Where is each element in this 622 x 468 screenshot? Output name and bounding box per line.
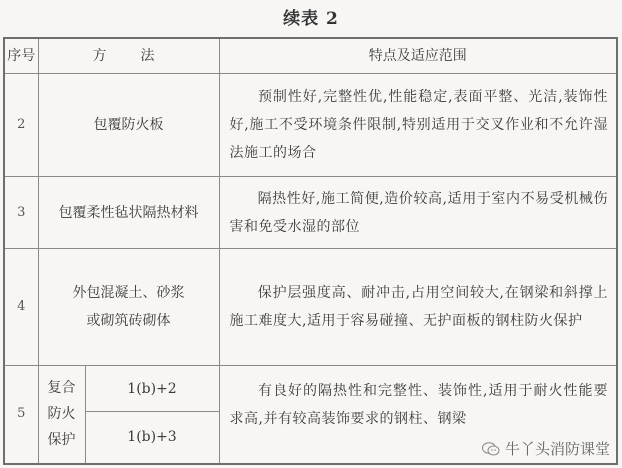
table-row: 4 外包混凝土、砂浆 或砌筑砖砌体 保护层强度高、耐冲击,占用空间较大,在钢梁和…: [4, 249, 617, 366]
sub-method-1: 1(b)+2: [85, 366, 219, 412]
row-method: 包覆柔性毡状隔热材料: [38, 177, 219, 249]
wechat-icon: [481, 441, 501, 457]
row-description-text: 预制性好,完整性优,性能稳定,表面平整、光洁,装饰性好,施工不受环境条件限制,特…: [230, 89, 609, 161]
table-row: 2 包覆防火板 预制性好,完整性优,性能稳定,表面平整、光洁,装饰性好,施工不受…: [4, 74, 617, 177]
table-row: 5 复合 防火 保护 1(b)+2 有良好的隔热性和完整性、装饰性,适用于耐火性…: [4, 366, 617, 412]
row-description-text: 有良好的隔热性和完整性、装饰性,适用于耐火性能要求高,并有较高装饰要求的钢柱、钢…: [230, 383, 609, 427]
row-description-text: 隔热性好,施工简便,造价较高,适用于室内不易受机械伤害和免受水湿的部位: [230, 191, 609, 235]
watermark-text: 牛丫头消防课堂: [505, 438, 610, 459]
group-line-3: 保护: [39, 427, 85, 453]
header-features-scope: 特点及适应范围: [219, 38, 617, 74]
header-method: 方 法: [38, 38, 219, 74]
row-number: 5: [4, 366, 38, 464]
row-method: 外包混凝土、砂浆 或砌筑砖砌体: [38, 249, 219, 366]
row-description: 隔热性好,施工简便,造价较高,适用于室内不易受机械伤害和免受水湿的部位: [219, 177, 617, 249]
table-header-row: 序号 方 法 特点及适应范围: [4, 38, 617, 74]
row-description: 保护层强度高、耐冲击,占用空间较大,在钢梁和斜撑上施工难度大,适用于容易碰撞、无…: [219, 249, 617, 366]
row-number: 4: [4, 249, 38, 366]
fire-protection-methods-table: 序号 方 法 特点及适应范围 2 包覆防火板 预制性好,完整性优,性能稳定,表面…: [3, 37, 618, 465]
table-title: 续表 2: [0, 4, 622, 29]
row-number: 3: [4, 177, 38, 249]
row-method-line-2: 或砌筑砖砌体: [39, 307, 219, 335]
group-line-2: 防火: [39, 401, 85, 427]
group-line-1: 复合: [39, 375, 85, 401]
row-method-line-1: 外包混凝土、砂浆: [39, 279, 219, 307]
row-description: 预制性好,完整性优,性能稳定,表面平整、光洁,装饰性好,施工不受环境条件限制,特…: [219, 74, 617, 177]
watermark: 牛丫头消防课堂: [481, 438, 610, 459]
sub-method-2: 1(b)+3: [85, 412, 219, 464]
table-row: 3 包覆柔性毡状隔热材料 隔热性好,施工简便,造价较高,适用于室内不易受机械伤害…: [4, 177, 617, 249]
row-description-text: 保护层强度高、耐冲击,占用空间较大,在钢梁和斜撑上施工难度大,适用于容易碰撞、无…: [230, 285, 609, 329]
row-number: 2: [4, 74, 38, 177]
header-serial-number: 序号: [4, 38, 38, 74]
row-method-group: 复合 防火 保护: [38, 366, 85, 464]
row-method: 包覆防火板: [38, 74, 219, 177]
